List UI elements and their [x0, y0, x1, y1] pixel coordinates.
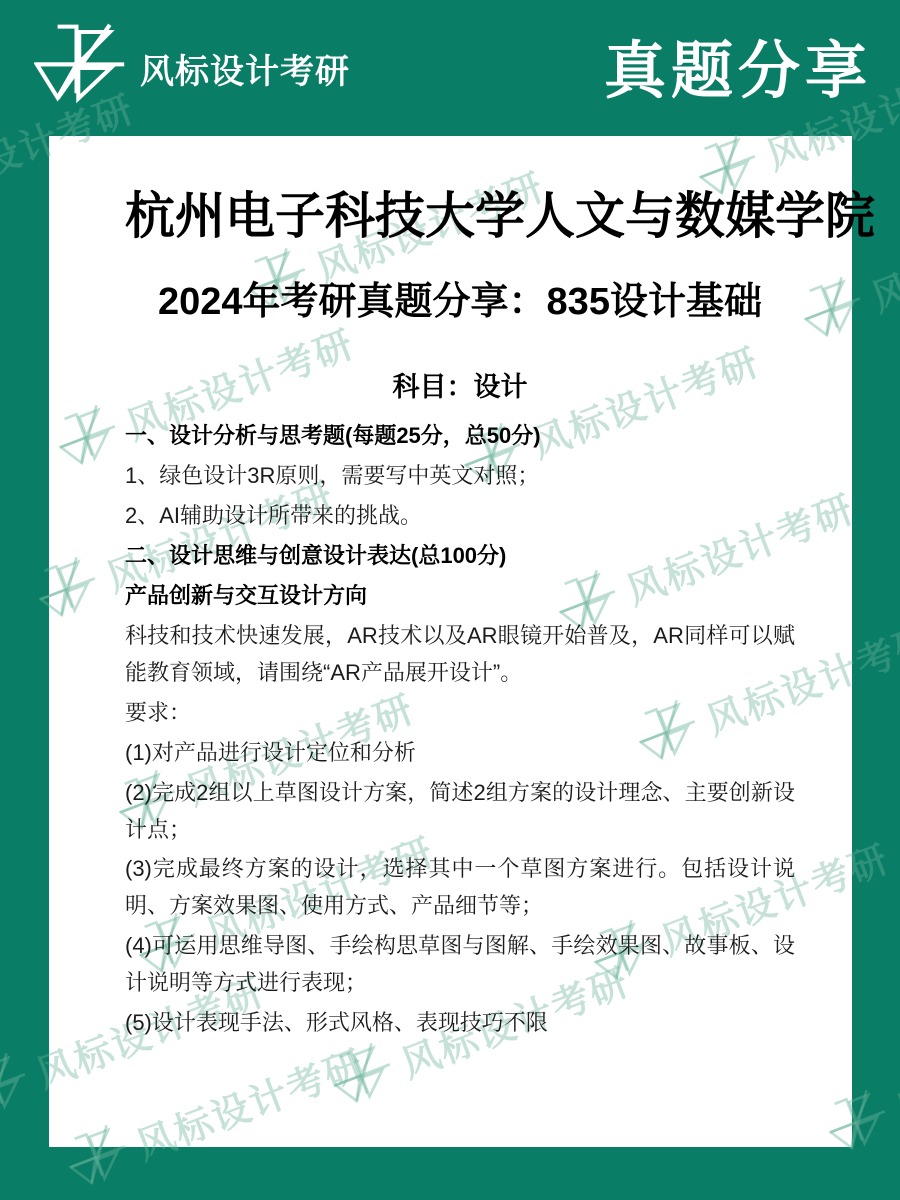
- document-card: 杭州电子科技大学人文与数媒学院 2024年考研真题分享：835设计基础 科目：设…: [49, 136, 852, 1147]
- page: 风标设计考研 真题分享 杭州电子科技大学人文与数媒学院 2024年考研真题分享：…: [0, 0, 900, 1200]
- section-2-subheading: 产品创新与交互设计方向: [125, 578, 795, 615]
- watermark-logo-icon: [0, 1048, 39, 1126]
- requirements-label: 要求：: [125, 695, 795, 732]
- banner-title: 真题分享: [604, 21, 872, 116]
- document-title: 杭州电子科技大学人文与数媒学院: [125, 188, 795, 244]
- document-subtitle: 2024年考研真题分享：835设计基础: [125, 270, 795, 325]
- section-1-item-1: 1、绿色设计3R原则，需要写中英文对照；: [125, 458, 795, 495]
- subject-line: 科目：设计: [125, 365, 795, 404]
- section-1-item-2: 2、AI辅助设计所带来的挑战。: [125, 498, 795, 535]
- watermark-text: 风标设计考研: [887, 998, 900, 1135]
- brand: 风标设计考研: [34, 23, 350, 113]
- requirement-item-4: (4)可运用思维导图、手绘构思草图与图解、手绘效果图、故事板、设计说明等方式进行…: [125, 928, 795, 1002]
- section-2-paragraph: 科技和技术快速发展，AR技术以及AR眼镜开始普及，AR同样可以赋能教育领域，请围…: [125, 618, 795, 692]
- brand-logo-icon: [34, 23, 128, 113]
- brand-name: 风标设计考研: [140, 44, 350, 93]
- header-banner: 风标设计考研 真题分享: [0, 0, 900, 136]
- section-1-heading: 一、设计分析与思考题(每题25分，总50分): [125, 418, 795, 455]
- section-2-heading: 二、设计思维与创意设计表达(总100分): [125, 538, 795, 575]
- requirement-item-5: (5)设计表现手法、形式风格、表现技巧不限: [125, 1005, 795, 1042]
- requirement-item-3: (3)完成最终方案的设计，选择其中一个草图方案进行。包括设计说明、方案效果图、使…: [125, 851, 795, 925]
- document-content: 杭州电子科技大学人文与数媒学院 2024年考研真题分享：835设计基础 科目：设…: [49, 136, 852, 1042]
- requirement-item-2: (2)完成2组以上草图设计方案，简述2组方案的设计理念、主要创新设计点；: [125, 775, 795, 849]
- requirement-item-1: (1)对产品进行设计定位和分析: [125, 735, 795, 772]
- document-body: 一、设计分析与思考题(每题25分，总50分) 1、绿色设计3R原则，需要写中英文…: [125, 418, 795, 1042]
